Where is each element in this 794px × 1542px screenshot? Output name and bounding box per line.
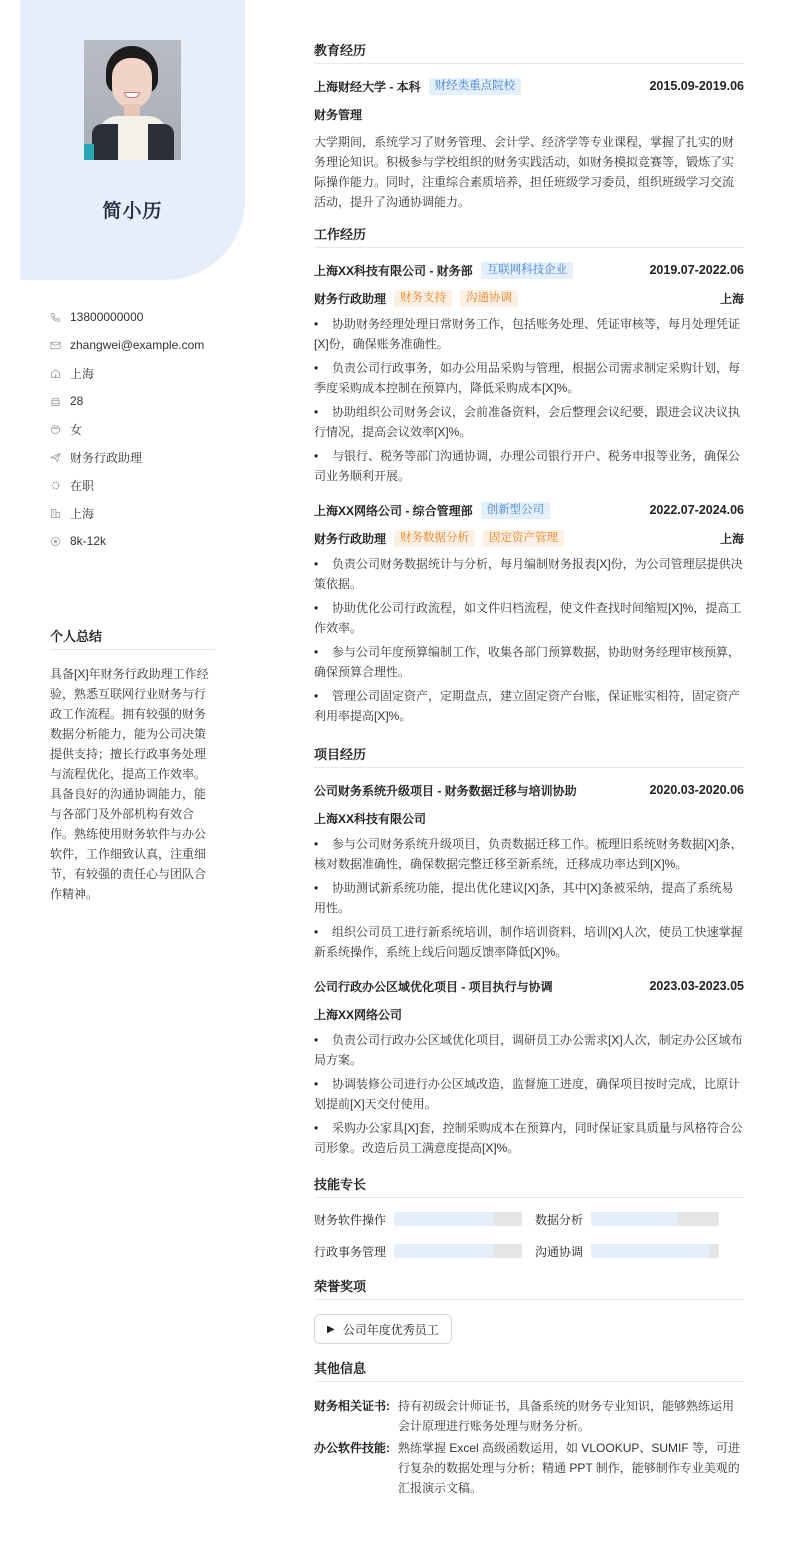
work-bullets: 协助财务经理处理日常财务工作，包括账务处理、凭证审核等，每月处理凭证[X]份，确… xyxy=(314,314,744,486)
work-date: 2022.07-2024.06 xyxy=(649,503,744,517)
bullet-item: 负责公司行政办公区域优化项目，调研员工办公需求[X]人次，制定办公区域布局方案。 xyxy=(314,1030,744,1070)
skill-bar xyxy=(591,1244,719,1258)
skill-bar xyxy=(591,1212,719,1226)
project-date: 2023.03-2023.05 xyxy=(649,979,744,993)
other-value: 熟练掌握 Excel 高级函数运用，如 VLOOKUP、SUMIF 等，可进行复… xyxy=(398,1438,744,1498)
other-key: 办公软件技能: xyxy=(314,1438,398,1498)
contact-position: 财务行政助理 xyxy=(50,443,204,471)
profile-photo xyxy=(84,40,181,160)
candidate-name: 简小历 xyxy=(20,196,245,223)
project-name: 公司行政办公区域优化项目 - 项目执行与协调 xyxy=(314,978,553,995)
status-icon xyxy=(50,480,70,491)
bullet-item: 协助组织公司财务会议，会前准备资料，会后整理会议纪要，跟进会议决议执行情况，提高… xyxy=(314,402,744,442)
play-triangle-icon: ▶ xyxy=(327,1324,335,1335)
gender-icon xyxy=(50,424,70,435)
salary-icon xyxy=(50,536,70,547)
age-icon xyxy=(50,396,70,407)
project-name: 公司财务系统升级项目 - 财务数据迁移与培训协助 xyxy=(314,782,577,799)
skill-item: 沟通协调 xyxy=(535,1242,744,1260)
bullet-item: 参与公司财务系统升级项目，负责数据迁移工作。梳理旧系统财务数据[X]条，核对数据… xyxy=(314,834,744,874)
work-section: 工作经历 上海XX科技有限公司 - 财务部 互联网科技企业 2019.07-20… xyxy=(314,224,744,726)
work-entry: 上海XX科技有限公司 - 财务部 互联网科技企业 2019.07-2022.06… xyxy=(314,260,744,486)
skill-bar-fill xyxy=(394,1244,494,1258)
skills-title: 技能专长 xyxy=(314,1174,744,1198)
other-title: 其他信息 xyxy=(314,1358,744,1382)
bullet-item: 组织公司员工进行新系统培训，制作培训资料，培训[X]人次，使员工快速掌握新系统操… xyxy=(314,922,744,962)
work-bullets: 负责公司财务数据统计与分析，每月编制财务报表[X]份，为公司管理层提供决策依据。… xyxy=(314,554,744,726)
other-value: 持有初级会计师证书，具备系统的财务专业知识，能够熟练运用会计原理进行账务处理与财… xyxy=(398,1396,744,1436)
job-city: 上海 xyxy=(720,530,744,547)
skill-item: 行政事务管理 xyxy=(314,1242,535,1260)
bullet-item: 协调装修公司进行办公区域改造，监督施工进度，确保项目按时完成，比原计划提前[X]… xyxy=(314,1074,744,1114)
education-entry: 上海财经大学 - 本科 财经类重点院校 2015.09-2019.06 财务管理… xyxy=(314,76,744,212)
skill-tag: 沟通协调 xyxy=(460,290,518,307)
job-role: 财务行政助理 xyxy=(314,530,386,547)
school-name: 上海财经大学 - 本科 xyxy=(314,78,421,95)
education-description: 大学期间，系统学习了财务管理、会计学、经济学等专业课程，掌握了扎实的财务理论知识… xyxy=(314,132,744,212)
education-section: 教育经历 上海财经大学 - 本科 财经类重点院校 2015.09-2019.06… xyxy=(314,40,744,212)
company-name: 上海XX网络公司 - 综合管理部 xyxy=(314,502,473,519)
contact-age: 28 xyxy=(50,387,204,415)
other-item: 财务相关证书: 持有初级会计师证书，具备系统的财务专业知识，能够熟练运用会计原理… xyxy=(314,1396,744,1436)
award-item[interactable]: ▶ 公司年度优秀员工 xyxy=(314,1314,452,1344)
contact-location: 上海 xyxy=(50,359,204,387)
bullet-item: 负责公司财务数据统计与分析，每月编制财务报表[X]份，为公司管理层提供决策依据。 xyxy=(314,554,744,594)
phone-icon xyxy=(50,312,70,323)
skill-tag: 财务支持 xyxy=(394,290,452,307)
home-icon xyxy=(50,368,70,379)
bullet-item: 参与公司年度预算编制工作，收集各部门预算数据，协助财务经理审核预算，确保预算合理… xyxy=(314,642,744,682)
work-title: 工作经历 xyxy=(314,224,744,248)
skill-bar-fill xyxy=(394,1212,494,1226)
contact-list: 13800000000 zhangwei@example.com 上海 28 女… xyxy=(50,303,204,555)
projects-title: 项目经历 xyxy=(314,744,744,768)
contact-status: 在职 xyxy=(50,471,204,499)
skill-bar-fill xyxy=(591,1212,678,1226)
company-tag: 创新型公司 xyxy=(481,502,551,519)
summary-section: 个人总结 具备[X]年财务行政助理工作经验，熟悉互联网行业财务与行政工作流程。拥… xyxy=(50,626,215,904)
skill-tag: 固定资产管理 xyxy=(483,530,564,547)
project-bullets: 负责公司行政办公区域优化项目，调研员工办公需求[X]人次，制定办公区域布局方案。… xyxy=(314,1030,744,1158)
job-city: 上海 xyxy=(720,290,744,307)
company-name: 上海XX科技有限公司 - 财务部 xyxy=(314,262,473,279)
contact-email: zhangwei@example.com xyxy=(50,331,204,359)
bullet-item: 与银行、税务等部门沟通协调，办理公司银行开户、税务申报等业务，确保公司业务顺利开… xyxy=(314,446,744,486)
contact-salary: 8k-12k xyxy=(50,527,204,555)
skill-bar xyxy=(394,1244,522,1258)
bullet-item: 协助优化公司行政流程，如文件归档流程，使文件查找时间缩短[X]%，提高工作效率。 xyxy=(314,598,744,638)
project-date: 2020.03-2020.06 xyxy=(649,783,744,797)
education-title: 教育经历 xyxy=(314,40,744,64)
work-entry: 上海XX网络公司 - 综合管理部 创新型公司 2022.07-2024.06 财… xyxy=(314,500,744,726)
contact-gender: 女 xyxy=(50,415,204,443)
education-date: 2015.09-2019.06 xyxy=(649,79,744,93)
other-section: 其他信息 财务相关证书: 持有初级会计师证书，具备系统的财务专业知识，能够熟练运… xyxy=(314,1358,744,1498)
major: 财务管理 xyxy=(314,106,362,123)
other-item: 办公软件技能: 熟练掌握 Excel 高级函数运用，如 VLOOKUP、SUMI… xyxy=(314,1438,744,1498)
job-role: 财务行政助理 xyxy=(314,290,386,307)
summary-text: 具备[X]年财务行政助理工作经验，熟悉互联网行业财务与行政工作流程。拥有较强的财… xyxy=(50,664,215,904)
project-entry: 公司行政办公区域优化项目 - 项目执行与协调 2023.03-2023.05 上… xyxy=(314,976,744,1158)
bullet-item: 负责公司行政事务，如办公用品采购与管理，根据公司需求制定采购计划，每季度采购成本… xyxy=(314,358,744,398)
contact-phone: 13800000000 xyxy=(50,303,204,331)
awards-title: 荣誉奖项 xyxy=(314,1276,744,1300)
bullet-item: 协助测试新系统功能，提出优化建议[X]条，其中[X]条被采纳，提高了系统易用性。 xyxy=(314,878,744,918)
summary-title: 个人总结 xyxy=(50,626,215,650)
project-entry: 公司财务系统升级项目 - 财务数据迁移与培训协助 2020.03-2020.06… xyxy=(314,780,744,962)
send-icon xyxy=(50,452,70,463)
awards-section: 荣誉奖项 ▶ 公司年度优秀员工 xyxy=(314,1276,744,1344)
contact-city: 上海 xyxy=(50,499,204,527)
mail-icon xyxy=(50,340,70,351)
bullet-item: 采购办公家具[X]套，控制采购成本在预算内，同时保证家具质量与风格符合公司形象。… xyxy=(314,1118,744,1158)
skill-item: 数据分析 xyxy=(535,1210,744,1228)
project-company: 上海XX网络公司 xyxy=(314,1006,402,1023)
company-tag: 互联网科技企业 xyxy=(481,262,574,279)
project-company: 上海XX科技有限公司 xyxy=(314,810,426,827)
skills-grid: 财务软件操作 数据分析 行政事务管理 沟通协调 xyxy=(314,1210,744,1260)
skill-item: 财务软件操作 xyxy=(314,1210,535,1228)
skill-tag: 财务数据分析 xyxy=(394,530,475,547)
building-icon xyxy=(50,508,70,519)
skills-section: 技能专长 财务软件操作 数据分析 行政事务管理 沟通协调 xyxy=(314,1174,744,1260)
skill-bar xyxy=(394,1212,522,1226)
school-tag: 财经类重点院校 xyxy=(429,78,522,95)
other-key: 财务相关证书: xyxy=(314,1396,398,1436)
bullet-item: 协助财务经理处理日常财务工作，包括账务处理、凭证审核等，每月处理凭证[X]份，确… xyxy=(314,314,744,354)
projects-section: 项目经历 公司财务系统升级项目 - 财务数据迁移与培训协助 2020.03-20… xyxy=(314,744,744,1158)
skill-bar-fill xyxy=(591,1244,709,1258)
bullet-item: 管理公司固定资产，定期盘点，建立固定资产台账，保证账实相符，固定资产利用率提高[… xyxy=(314,686,744,726)
main-content: 教育经历 上海财经大学 - 本科 财经类重点院校 2015.09-2019.06… xyxy=(314,40,744,1512)
work-date: 2019.07-2022.06 xyxy=(649,263,744,277)
project-bullets: 参与公司财务系统升级项目，负责数据迁移工作。梳理旧系统财务数据[X]条，核对数据… xyxy=(314,834,744,962)
